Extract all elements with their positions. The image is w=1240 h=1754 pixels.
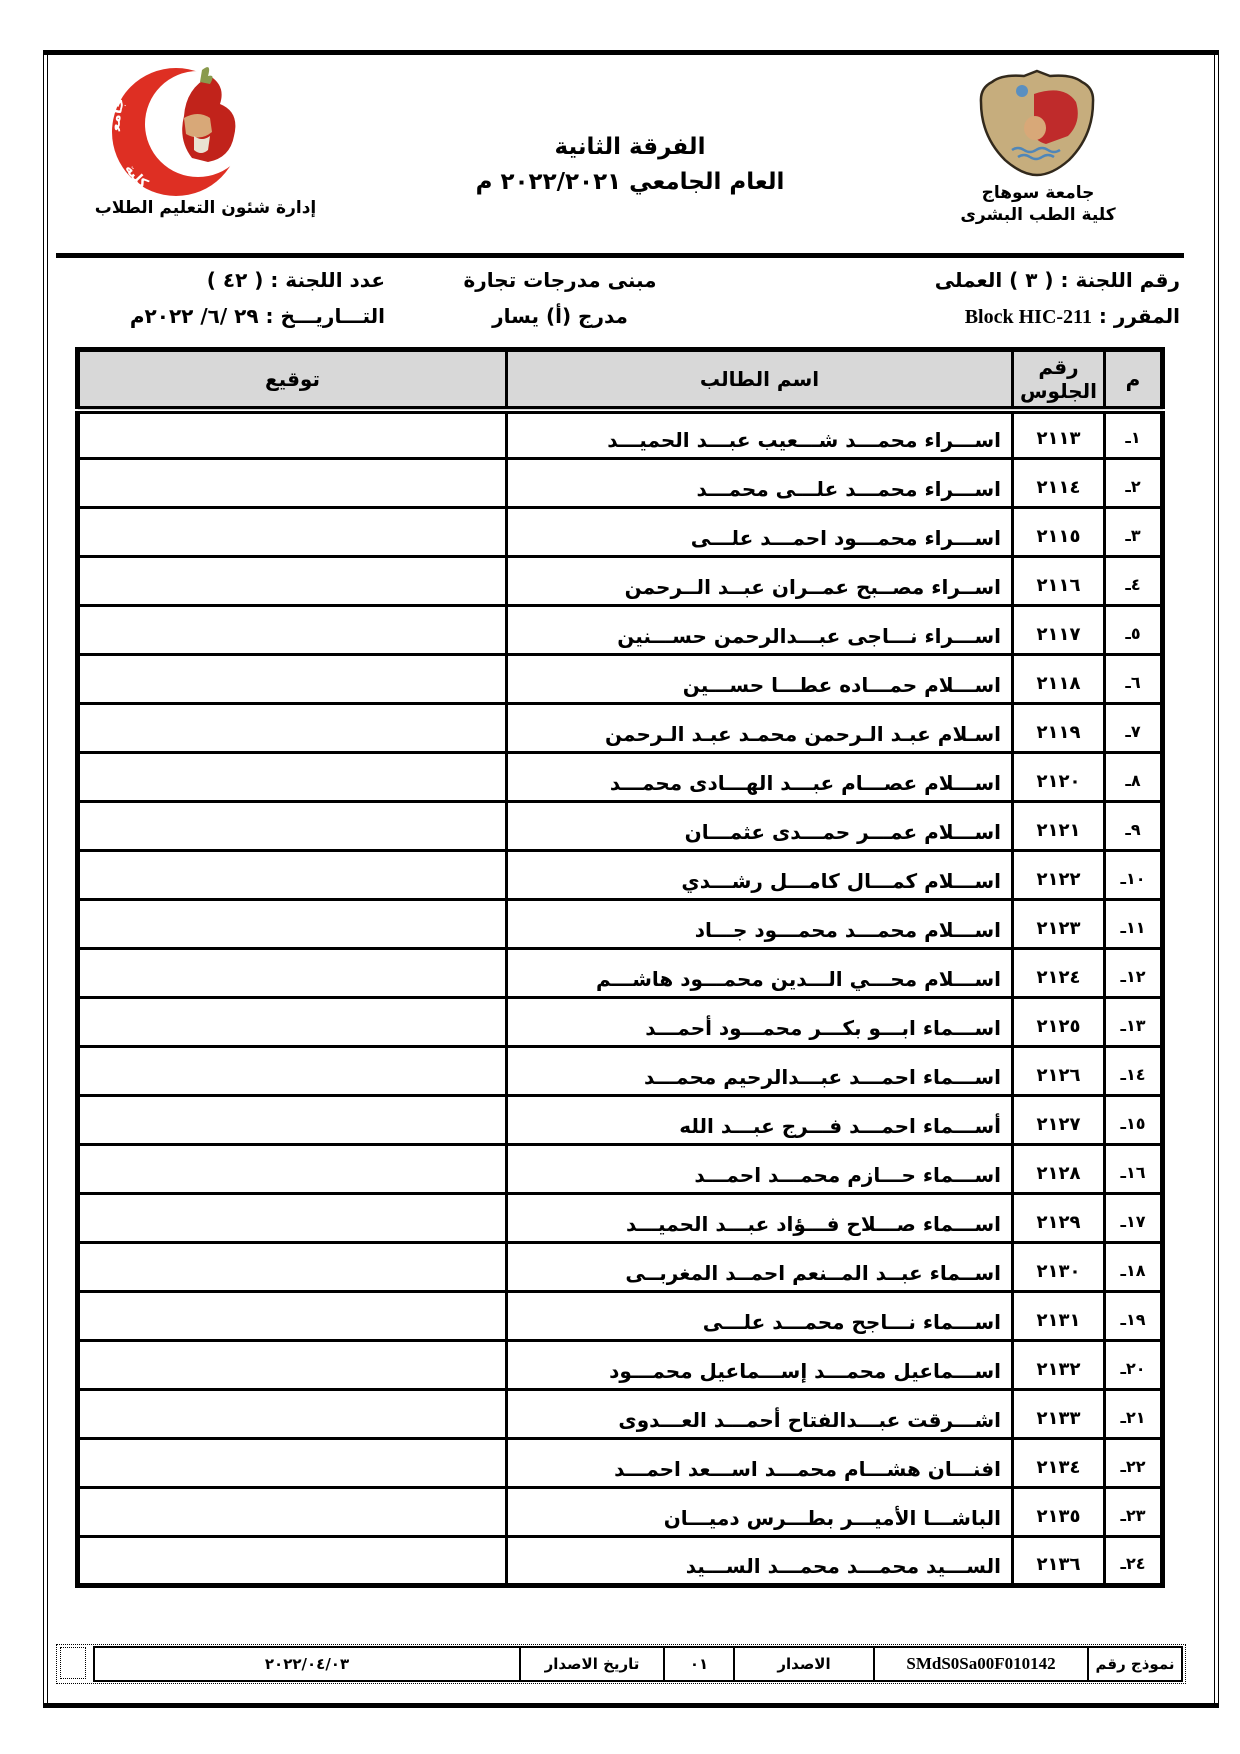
student-name-cell: اســـماء نـــاجح محمـــد علـــى — [507, 1292, 1013, 1341]
serial-cell: ٨ـ — [1105, 753, 1163, 802]
seat-number-cell: ٢١٢٠ — [1013, 753, 1105, 802]
signature-cell — [78, 1537, 507, 1586]
student-name-cell: اســـراء محمـــد علـــى محمـــد — [507, 459, 1013, 508]
serial-cell: ٢ـ — [1105, 459, 1163, 508]
academic-year-title: العام الجامعي ٢٠٢٢/٢٠٢١ م — [400, 164, 860, 200]
university-caption: جامعة سوهاج كلية الطب البشرى — [948, 182, 1128, 226]
seat-number-cell: ٢١١٤ — [1013, 459, 1105, 508]
signature-cell — [78, 1047, 507, 1096]
student-row: ١٤ـ ٢١٢٦ اســـماء احمـــد عبـــدالرحيم م… — [78, 1047, 1163, 1096]
signature-cell — [78, 1145, 507, 1194]
student-row: ٢٤ـ ٢١٣٦ الســـيد محمـــد محمـــد الســـ… — [78, 1537, 1163, 1586]
student-name-cell: اســـلام عمـــر حمـــدى عثمـــان — [507, 802, 1013, 851]
seat-number-cell: ٢١١٨ — [1013, 655, 1105, 704]
serial-cell: ٢١ـ — [1105, 1390, 1163, 1439]
student-name-cell: الباشـــا الأميـــر بطـــرس دميـــان — [507, 1488, 1013, 1537]
serial-cell: ٩ـ — [1105, 802, 1163, 851]
student-row: ١٧ـ ٢١٢٩ اســـماء صـــلاح فـــؤاد عبـــد… — [78, 1194, 1163, 1243]
student-name-cell: أســـماء احمـــد فـــرج عبـــد الله — [507, 1096, 1013, 1145]
student-name-cell: اســـلام محمـــد محمـــود جـــاد — [507, 900, 1013, 949]
course-code: Block HIC-211 — [965, 306, 1092, 328]
serial-cell: ٢٠ـ — [1105, 1341, 1163, 1390]
seat-number-cell: ٢١٢٣ — [1013, 900, 1105, 949]
seat-number-cell: ٢١١٩ — [1013, 704, 1105, 753]
serial-cell: ١ـ — [1105, 410, 1163, 459]
signature-cell — [78, 655, 507, 704]
university-name: جامعة سوهاج — [948, 182, 1128, 204]
sohag-medicine-crescent-logo-icon: جامعة سوهاج كلية الطب — [98, 58, 283, 200]
signature-cell — [78, 1243, 507, 1292]
student-row: ٢ـ ٢١١٤ اســـراء محمـــد علـــى محمـــد — [78, 459, 1163, 508]
student-rows: ١ـ ٢١١٣ اســـراء محمـــد شـــعيب عبـــد … — [78, 410, 1163, 1586]
faculty-name: كلية الطب البشرى — [948, 204, 1128, 226]
title-block: الفرقة الثانية العام الجامعي ٢٠٢٢/٢٠٢١ م — [400, 130, 860, 200]
student-row: ٥ـ ٢١١٧ اســـراء نـــاجى عبـــدالرحمن حس… — [78, 606, 1163, 655]
signature-cell — [78, 1292, 507, 1341]
form-metadata-bar: نموذج رقم SMdS0Sa00F010142 الاصدار ٠١ تا… — [93, 1646, 1183, 1682]
signature-cell — [78, 459, 507, 508]
student-row: ٩ـ ٢١٢١ اســـلام عمـــر حمـــدى عثمـــان — [78, 802, 1163, 851]
signature-cell — [78, 900, 507, 949]
student-name-cell: اســـماعيل محمـــد إســـماعيل محمـــود — [507, 1341, 1013, 1390]
signature-cell — [78, 1341, 507, 1390]
student-name-cell: اســـلام كمـــال كامـــل رشـــدي — [507, 851, 1013, 900]
seat-number-header: رقم الجلوس — [1013, 350, 1105, 410]
student-name-cell: اسـلام عبـد الـرحمن محمـد عبـد الـرحمن — [507, 704, 1013, 753]
student-row: ٧ـ ٢١١٩ اسـلام عبـد الـرحمن محمـد عبـد ا… — [78, 704, 1163, 753]
student-row: ١٦ـ ٢١٢٨ اســـماء حـــازم محمـــد احمـــ… — [78, 1145, 1163, 1194]
student-row: ٢١ـ ٢١٣٣ اشـــرقت عبـــدالفتاح أحمـــد ا… — [78, 1390, 1163, 1439]
grade-title: الفرقة الثانية — [400, 130, 860, 164]
signature-cell — [78, 557, 507, 606]
serial-cell: ٤ـ — [1105, 557, 1163, 606]
student-row: ١٨ـ ٢١٣٠ اســماء عبــد المــنعم احمــد ا… — [78, 1243, 1163, 1292]
signature-header: توقيع — [78, 350, 507, 410]
signature-cell — [78, 1194, 507, 1243]
seat-number-cell: ٢١١٦ — [1013, 557, 1105, 606]
signature-cell — [78, 1439, 507, 1488]
seat-number-cell: ٢١٣٢ — [1013, 1341, 1105, 1390]
student-row: ٢٣ـ ٢١٣٥ الباشـــا الأميـــر بطـــرس دمي… — [78, 1488, 1163, 1537]
student-row: ٤ـ ٢١١٦ اســراء مصــبح عمــران عبــد الـ… — [78, 557, 1163, 606]
seat-number-cell: ٢١٣٥ — [1013, 1488, 1105, 1537]
signature-cell — [78, 1390, 507, 1439]
form-footer-strip: نموذج رقم SMdS0Sa00F010142 الاصدار ٠١ تا… — [56, 1644, 1186, 1684]
student-row: ١ـ ٢١١٣ اســـراء محمـــد شـــعيب عبـــد … — [78, 410, 1163, 459]
student-name-cell: اشـــرقت عبـــدالفتاح أحمـــد العـــدوى — [507, 1390, 1013, 1439]
serial-cell: ١٠ـ — [1105, 851, 1163, 900]
signature-cell — [78, 1096, 507, 1145]
student-affairs-caption: إدارة شئون التعليم الطلاب — [88, 198, 323, 218]
seat-number-cell: ٢١٢٩ — [1013, 1194, 1105, 1243]
student-row: ٨ـ ٢١٢٠ اســـلام عصـــام عبـــد الهـــاد… — [78, 753, 1163, 802]
seat-number-cell: ٢١١٧ — [1013, 606, 1105, 655]
student-name-cell: اســـلام عصـــام عبـــد الهـــادى محمـــ… — [507, 753, 1013, 802]
student-name-cell: اســـماء صـــلاح فـــؤاد عبـــد الحميـــ… — [507, 1194, 1013, 1243]
signature-cell — [78, 851, 507, 900]
seat-number-cell: ٢١٢٥ — [1013, 998, 1105, 1047]
student-row: ١٢ـ ٢١٢٤ اســـلام محـــي الـــدين محمـــ… — [78, 949, 1163, 998]
seat-number-cell: ٢١٢٨ — [1013, 1145, 1105, 1194]
student-name-cell: اســـراء محمـــد شـــعيب عبـــد الحميـــ… — [507, 410, 1013, 459]
serial-cell: ٧ـ — [1105, 704, 1163, 753]
serial-cell: ٢٤ـ — [1105, 1537, 1163, 1586]
seat-number-cell: ٢١٣١ — [1013, 1292, 1105, 1341]
sohag-university-shield-logo-icon — [972, 68, 1102, 180]
course-label: المقرر : — [1092, 304, 1180, 328]
student-row: ١٠ـ ٢١٢٢ اســـلام كمـــال كامـــل رشـــد… — [78, 851, 1163, 900]
signature-cell — [78, 704, 507, 753]
student-name-cell: افنـــان هشـــام محمـــد اســـعد احمـــد — [507, 1439, 1013, 1488]
student-row: ١٥ـ ٢١٢٧ أســـماء احمـــد فـــرج عبـــد … — [78, 1096, 1163, 1145]
issue-value: ٠١ — [665, 1648, 735, 1680]
signature-cell — [78, 508, 507, 557]
form-number-value: SMdS0Sa00F010142 — [875, 1648, 1089, 1680]
student-name-cell: اســـلام حمـــاده عطـــا حســـين — [507, 655, 1013, 704]
student-row: ٦ـ ٢١١٨ اســـلام حمـــاده عطـــا حســـين — [78, 655, 1163, 704]
student-name-cell: اســـماء احمـــد عبـــدالرحيم محمـــد — [507, 1047, 1013, 1096]
serial-cell: ١٤ـ — [1105, 1047, 1163, 1096]
serial-cell: ٢٢ـ — [1105, 1439, 1163, 1488]
seat-number-cell: ٢١١٣ — [1013, 410, 1105, 459]
student-row: ٣ـ ٢١١٥ اســـراء محمـــود احمـــد علـــى — [78, 508, 1163, 557]
student-row: ١٣ـ ٢١٢٥ اســـماء ابـــو بكـــر محمـــود… — [78, 998, 1163, 1047]
seat-number-cell: ٢١٢١ — [1013, 802, 1105, 851]
student-name-cell: الســـيد محمـــد محمـــد الســـيد — [507, 1537, 1013, 1586]
student-name-header: اسم الطالب — [507, 350, 1013, 410]
roster-header-row: م رقم الجلوس اسم الطالب توقيع — [78, 350, 1163, 410]
serial-cell: ٣ـ — [1105, 508, 1163, 557]
signature-cell — [78, 998, 507, 1047]
issue-date-value: ٢٠٢٢/٠٤/٠٣ — [95, 1648, 521, 1680]
shield-face — [1024, 116, 1046, 140]
signature-cell — [78, 753, 507, 802]
signature-cell — [78, 606, 507, 655]
building: مبنى مدرجات تجارة — [463, 268, 656, 298]
committee-count: عدد اللجنة : ( ٤٢ ) — [0, 268, 385, 298]
student-name-cell: اســـماء ابـــو بكـــر محمـــود أحمـــد — [507, 998, 1013, 1047]
student-row: ١٩ـ ٢١٣١ اســـماء نـــاجح محمـــد علـــى — [78, 1292, 1163, 1341]
form-number-label: نموذج رقم — [1089, 1648, 1181, 1680]
course: المقرر : Block HIC-211 — [965, 304, 1180, 334]
seat-number-cell: ٢١٣٣ — [1013, 1390, 1105, 1439]
issue-label: الاصدار — [735, 1648, 875, 1680]
exam-date: التـــاريـــخ : ٢٩ /٦/ ٢٠٢٢م — [0, 304, 385, 334]
seat-number-cell: ٢١٣٤ — [1013, 1439, 1105, 1488]
scarab-icon — [1016, 85, 1028, 97]
student-row: ٢٠ـ ٢١٣٢ اســـماعيل محمـــد إســـماعيل م… — [78, 1341, 1163, 1390]
serial-cell: ٥ـ — [1105, 606, 1163, 655]
footer-corner-box — [60, 1647, 86, 1679]
serial-cell: ١٥ـ — [1105, 1096, 1163, 1145]
serial-cell: ٢٣ـ — [1105, 1488, 1163, 1537]
seat-number-cell: ٢١٢٧ — [1013, 1096, 1105, 1145]
serial-cell: ١٧ـ — [1105, 1194, 1163, 1243]
student-name-cell: اســـماء حـــازم محمـــد احمـــد — [507, 1145, 1013, 1194]
seat-number-cell: ٢١١٥ — [1013, 508, 1105, 557]
student-row: ٢٢ـ ٢١٣٤ افنـــان هشـــام محمـــد اســـع… — [78, 1439, 1163, 1488]
serial-cell: ١٨ـ — [1105, 1243, 1163, 1292]
committee-number: رقم اللجنة : ( ٣ ) العملى — [935, 268, 1180, 298]
serial-cell: ٦ـ — [1105, 655, 1163, 704]
signature-cell — [78, 1488, 507, 1537]
serial-cell: ١١ـ — [1105, 900, 1163, 949]
serial-cell: ١٣ـ — [1105, 998, 1163, 1047]
student-name-cell: اســـراء محمـــود احمـــد علـــى — [507, 508, 1013, 557]
student-row: ١١ـ ٢١٢٣ اســـلام محمـــد محمـــود جـــا… — [78, 900, 1163, 949]
seat-number-cell: ٢١٢٦ — [1013, 1047, 1105, 1096]
signature-cell — [78, 949, 507, 998]
issue-date-label: تاريخ الاصدار — [521, 1648, 665, 1680]
hall: مدرج (أ) يسار — [492, 304, 628, 334]
student-roster-table: م رقم الجلوس اسم الطالب توقيع ١ـ ٢١١٣ اس… — [75, 347, 1165, 1588]
student-name-cell: اســـلام محـــي الـــدين محمـــود هاشـــ… — [507, 949, 1013, 998]
signature-cell — [78, 802, 507, 851]
student-name-cell: اســراء مصــبح عمــران عبــد الــرحمن — [507, 557, 1013, 606]
serial-cell: ١٦ـ — [1105, 1145, 1163, 1194]
attendance-sheet-page: جامعة سوهاج كلية الطب إدارة شئون التعليم… — [0, 0, 1240, 1754]
header-separator-rule — [56, 253, 1184, 258]
serial-cell: ١٩ـ — [1105, 1292, 1163, 1341]
seat-number-cell: ٢١٢٤ — [1013, 949, 1105, 998]
seat-number-cell: ٢١٣٦ — [1013, 1537, 1105, 1586]
serial-header: م — [1105, 350, 1163, 410]
serial-cell: ١٢ـ — [1105, 949, 1163, 998]
student-name-cell: اســماء عبــد المــنعم احمــد المغربــى — [507, 1243, 1013, 1292]
signature-cell — [78, 410, 507, 459]
seat-number-cell: ٢١٣٠ — [1013, 1243, 1105, 1292]
seat-number-cell: ٢١٢٢ — [1013, 851, 1105, 900]
student-name-cell: اســـراء نـــاجى عبـــدالرحمن حســـنين — [507, 606, 1013, 655]
